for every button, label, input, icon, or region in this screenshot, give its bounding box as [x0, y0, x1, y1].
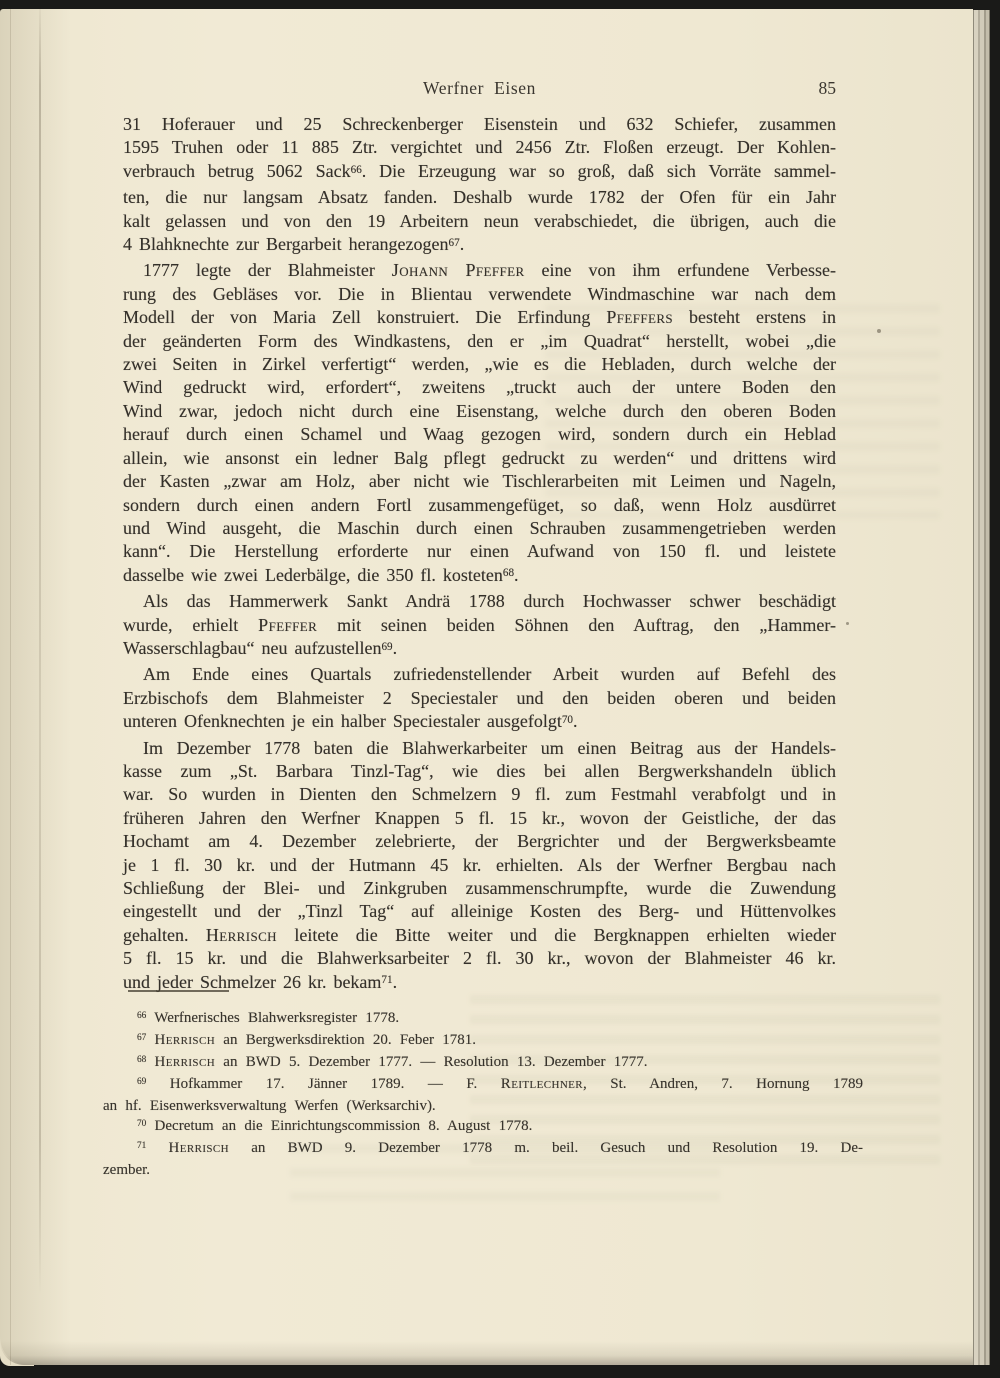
paragraph: Als das Hammerwerk Sankt Andrä 1788 durc…	[123, 590, 836, 663]
text-run: Modell der von Maria Zell konstruiert. D…	[123, 307, 606, 327]
paragraph: Am Ende eines Quartals zufriedenstellend…	[123, 663, 836, 736]
text-run: an BWD 9. Dezember 1778 m. beil. Gesuch …	[229, 1140, 863, 1156]
body-text: 31 Hoferauer und 25 Schreckenberger Eise…	[123, 113, 836, 997]
text-run	[146, 1032, 154, 1048]
text-run: 31 Hoferauer und 25 Schreckenberger Eise…	[123, 114, 836, 134]
smallcaps-name: Johann Pfeffer	[392, 260, 525, 280]
text-run: leitete die Bitte weiter und die Bergkna…	[277, 925, 836, 945]
text-line: eingestellt und der „Tinzl Tag“ auf alle…	[123, 900, 836, 923]
text-line: 69 Hofkammer 17. Jänner 1789. — F. Reitl…	[103, 1074, 863, 1096]
page-edge-stack	[973, 10, 990, 1365]
text-run: .	[514, 565, 519, 585]
smallcaps-name: Herrisch	[206, 925, 277, 945]
footnote-marker: 67	[449, 237, 460, 249]
smallcaps-name: Reitlechner	[501, 1076, 583, 1092]
text-run: zember.	[103, 1162, 150, 1178]
paragraph: 31 Hoferauer und 25 Schreckenberger Eise…	[123, 113, 836, 259]
text-run: an Bergwerksdirektion 20. Feber 1781.	[215, 1032, 476, 1048]
text-run: Wind gedruckt wird, erfordert“, zweitens…	[123, 377, 836, 397]
text-line: kann“. Die Herstellung erforderte nur ei…	[123, 540, 836, 563]
text-run: Hofkammer 17. Jänner 1789. — F.	[146, 1076, 501, 1092]
text-line: und Wind ausgeht, die Maschin durch eine…	[123, 517, 836, 540]
text-run: Im Dezember 1778 baten die Blahwerkarbei…	[143, 738, 836, 758]
text-run: Am Ende eines Quartals zufriedenstellend…	[143, 664, 836, 684]
text-line: Wind zwar, jedoch nicht durch eine Eisen…	[123, 400, 836, 423]
smallcaps-name: Herrisch	[155, 1054, 216, 1070]
text-line: unteren Ofenknechten je ein halber Speci…	[123, 710, 836, 736]
paragraph: 1777 legte der Blahmeister Johann Pfeffe…	[123, 259, 836, 590]
text-run: Schließung der Blei- und Zinkgruben zusa…	[123, 878, 836, 898]
page-number: 85	[819, 78, 837, 99]
text-run: war. So wurden in Dienten den Schmelzern…	[123, 784, 836, 804]
text-run: wurde, erhielt	[123, 615, 258, 635]
footnote-marker: 68	[137, 1055, 146, 1065]
text-line: 66 Werfnerisches Blahwerksregister 1778.	[103, 1008, 863, 1030]
footnote-marker: 69	[381, 641, 392, 653]
text-run: eingestellt und der „Tinzl Tag“ auf alle…	[123, 901, 836, 921]
text-run: kalt gelassen und von den 19 Arbeitern n…	[123, 211, 836, 231]
text-line: gehalten. Herrisch leitete die Bitte wei…	[123, 924, 836, 947]
text-run: früheren Jahren den Werfner Knappen 5 fl…	[123, 808, 836, 828]
text-run: kasse zum „St. Barbara Tinzl-Tag“, wie d…	[123, 761, 836, 781]
text-line: 31 Hoferauer und 25 Schreckenberger Eise…	[123, 113, 836, 136]
footnote: 69 Hofkammer 17. Jänner 1789. — F. Reitl…	[103, 1074, 863, 1116]
text-run: je 1 fl. 30 kr. und der Hutmann 45 kr. e…	[123, 855, 836, 875]
smallcaps-name: Pfeffer	[258, 615, 317, 635]
text-run: Wind zwar, jedoch nicht durch eine Eisen…	[123, 401, 836, 421]
text-line: und jeder Schmelzer 26 kr. bekam71.	[123, 971, 836, 997]
dust-speck	[846, 622, 849, 625]
text-run: .	[573, 711, 578, 731]
text-line: Am Ende eines Quartals zufriedenstellend…	[123, 663, 836, 686]
footnote-marker: 70	[137, 1119, 146, 1129]
text-run: allein, wie ansonst ein ledner Balg pfle…	[123, 448, 836, 468]
text-line: allein, wie ansonst ein ledner Balg pfle…	[123, 447, 836, 470]
text-run	[146, 1140, 168, 1156]
text-run: 1777 legte der Blahmeister	[143, 260, 392, 280]
footnote-marker: 70	[562, 714, 573, 726]
footnote-marker: 66	[137, 1011, 146, 1021]
smallcaps-name: Pfeffers	[606, 307, 673, 327]
page-title: Werfner Eisen	[123, 78, 836, 99]
text-run: sondern durch einen andern Fortl zusamme…	[123, 495, 836, 515]
text-run	[146, 1054, 154, 1070]
text-line: zember.	[103, 1160, 863, 1180]
text-line: herauf durch einen Schamel und Waag gezo…	[123, 423, 836, 446]
dust-speck	[877, 329, 881, 333]
text-run: .	[460, 234, 465, 254]
text-run: Hochamt am 4. Dezember zelebrierte, der …	[123, 831, 836, 851]
text-run: zwei Seiten in Zirkel verfertigt“ werden…	[123, 354, 836, 374]
text-run: an hf. Eisenwerksverwaltung Werfen (Werk…	[103, 1098, 436, 1114]
text-line: Wasserschlagbau“ neu aufzustellen69.	[123, 637, 836, 663]
footnote-marker: 71	[381, 974, 392, 986]
text-line: kasse zum „St. Barbara Tinzl-Tag“, wie d…	[123, 760, 836, 783]
scanned-book-page: Werfner Eisen 85 31 Hoferauer und 25 Sch…	[0, 0, 1000, 1378]
footnote: 66 Werfnerisches Blahwerksregister 1778.	[103, 1008, 863, 1030]
text-line: dasselbe wie zwei Lederbälge, die 350 fl…	[123, 564, 836, 590]
text-run: an BWD 5. Dezember 1777. — Resolution 13…	[215, 1054, 647, 1070]
text-run: Wasserschlagbau“ neu aufzustellen	[123, 638, 381, 658]
text-run: und Wind ausgeht, die Maschin durch eine…	[123, 518, 836, 538]
text-run: .	[393, 638, 398, 658]
left-page-seam	[10, 9, 11, 1365]
text-line: kalt gelassen und von den 19 Arbeitern n…	[123, 210, 836, 233]
text-run: der Kasten „zwar am Holz, aber nicht wie…	[123, 471, 836, 491]
text-run: .	[393, 972, 398, 992]
text-line: wurde, erhielt Pfeffer mit seinen beiden…	[123, 614, 836, 637]
text-line: der Kasten „zwar am Holz, aber nicht wie…	[123, 470, 836, 493]
text-run: Als das Hammerwerk Sankt Andrä 1788 durc…	[143, 591, 836, 611]
smallcaps-name: Herrisch	[169, 1140, 230, 1156]
footnote: 68 Herrisch an BWD 5. Dezember 1777. — R…	[103, 1052, 863, 1074]
text-run: mit seinen beiden Söhnen den Auftrag, de…	[317, 615, 836, 635]
text-run: 5 fl. 15 kr. und die Blahwerksarbeiter 2…	[123, 948, 836, 968]
text-run: der geänderten Form des Windkastens, den…	[123, 331, 836, 351]
running-header: Werfner Eisen 85	[123, 78, 836, 102]
text-run: , St. Andren, 7. Hornung 1789	[583, 1076, 863, 1092]
text-line: 70 Decretum an die Einrichtungscommissio…	[103, 1116, 863, 1138]
footnote: 67 Herrisch an Bergwerksdirektion 20. Fe…	[103, 1030, 863, 1052]
text-line: verbrauch betrug 5062 Sack66. Die Erzeug…	[123, 160, 836, 186]
footnote-marker: 67	[137, 1033, 146, 1043]
gutter-crease	[39, 9, 41, 1295]
text-line: 4 Blahknechte zur Bergarbeit herangezoge…	[123, 233, 836, 259]
text-line: 1777 legte der Blahmeister Johann Pfeffe…	[123, 259, 836, 282]
footnotes: 66 Werfnerisches Blahwerksregister 1778.…	[103, 1008, 863, 1180]
text-run: besteht erstens in	[673, 307, 836, 327]
footnote-marker: 69	[137, 1077, 146, 1087]
text-line: 71 Herrisch an BWD 9. Dezember 1778 m. b…	[103, 1138, 863, 1160]
text-run: Werfnerisches Blahwerksregister 1778.	[146, 1010, 399, 1026]
text-line: war. So wurden in Dienten den Schmelzern…	[123, 783, 836, 806]
text-run: 1595 Truhen oder 11 885 Ztr. vergichtet …	[123, 137, 836, 157]
text-run: unteren Ofenknechten je ein halber Speci…	[123, 711, 562, 731]
text-run: 4 Blahknechte zur Bergarbeit herangezoge…	[123, 234, 449, 254]
text-line: Hochamt am 4. Dezember zelebrierte, der …	[123, 830, 836, 853]
text-line: 1595 Truhen oder 11 885 Ztr. vergichtet …	[123, 136, 836, 159]
text-run: verbrauch betrug 5062 Sack	[123, 161, 351, 181]
gutter-shadow	[0, 9, 72, 1365]
text-run: dasselbe wie zwei Lederbälge, die 350 fl…	[123, 565, 503, 585]
text-line: Schließung der Blei- und Zinkgruben zusa…	[123, 877, 836, 900]
paragraph: Im Dezember 1778 baten die Blahwerkarbei…	[123, 737, 836, 997]
text-run: ten, die nur langsam Absatz fanden. Desh…	[123, 187, 836, 207]
text-run: Erzbischofs dem Blahmeister 2 Speciestal…	[123, 688, 836, 708]
text-run: herauf durch einen Schamel und Waag gezo…	[123, 424, 836, 444]
bottom-page-shadow	[0, 1341, 973, 1365]
text-line: 67 Herrisch an Bergwerksdirektion 20. Fe…	[103, 1030, 863, 1052]
footnote-separator	[128, 990, 229, 992]
text-run: rung des Gebläses vor. Die in Blientau v…	[123, 284, 836, 304]
text-line: Modell der von Maria Zell konstruiert. D…	[123, 306, 836, 329]
text-line: zwei Seiten in Zirkel verfertigt“ werden…	[123, 353, 836, 376]
text-line: rung des Gebläses vor. Die in Blientau v…	[123, 283, 836, 306]
text-run: Decretum an die Einrichtungscommission 8…	[146, 1118, 532, 1134]
smallcaps-name: Herrisch	[155, 1032, 216, 1048]
text-line: Wind gedruckt wird, erfordert“, zweitens…	[123, 376, 836, 399]
text-line: an hf. Eisenwerksverwaltung Werfen (Werk…	[103, 1096, 863, 1116]
text-line: 5 fl. 15 kr. und die Blahwerksarbeiter 2…	[123, 947, 836, 970]
footnote: 71 Herrisch an BWD 9. Dezember 1778 m. b…	[103, 1138, 863, 1180]
text-line: ten, die nur langsam Absatz fanden. Desh…	[123, 186, 836, 209]
text-line: 68 Herrisch an BWD 5. Dezember 1777. — R…	[103, 1052, 863, 1074]
text-line: der geänderten Form des Windkastens, den…	[123, 330, 836, 353]
footnote-marker: 71	[137, 1141, 146, 1151]
text-line: früheren Jahren den Werfner Knappen 5 fl…	[123, 807, 836, 830]
text-run: und jeder Schmelzer 26 kr. bekam	[123, 972, 381, 992]
book-page: Werfner Eisen 85 31 Hoferauer und 25 Sch…	[0, 9, 973, 1365]
text-line: Als das Hammerwerk Sankt Andrä 1788 durc…	[123, 590, 836, 613]
text-run: . Die Erzeugung war so groß, daß sich Vo…	[362, 161, 836, 181]
footnote-marker: 68	[503, 567, 514, 579]
text-line: Erzbischofs dem Blahmeister 2 Speciestal…	[123, 687, 836, 710]
footnote-marker: 66	[351, 164, 362, 176]
text-run: eine von ihm erfundene Verbesse-	[525, 260, 836, 280]
text-line: Im Dezember 1778 baten die Blahwerkarbei…	[123, 737, 836, 760]
footnote: 70 Decretum an die Einrichtungscommissio…	[103, 1116, 863, 1138]
text-line: je 1 fl. 30 kr. und der Hutmann 45 kr. e…	[123, 854, 836, 877]
text-run: kann“. Die Herstellung erforderte nur ei…	[123, 541, 836, 561]
text-line: sondern durch einen andern Fortl zusamme…	[123, 494, 836, 517]
text-run: gehalten.	[123, 925, 206, 945]
